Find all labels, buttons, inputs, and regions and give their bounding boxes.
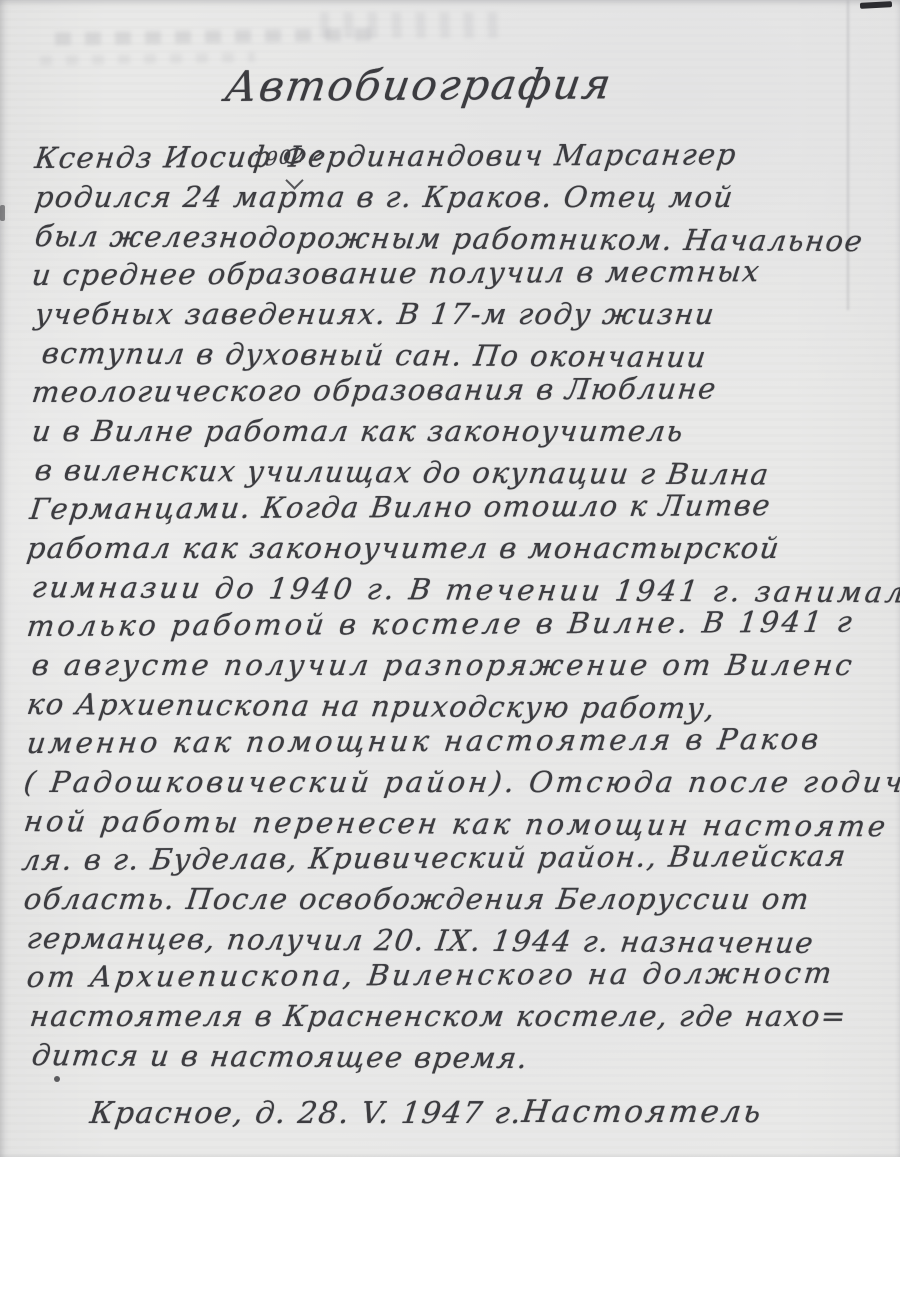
handwriting-line: ( Радошковический район). Отсюда после г…: [22, 765, 900, 799]
handwriting-line: и в Вилне работал как законоучитель: [30, 414, 686, 448]
scan-speck: [0, 205, 5, 221]
handwriting-line: германцев, получил 20. IX. 1944 г. назна…: [25, 921, 816, 960]
handwriting-line: дится и в настоящее время.: [30, 1038, 531, 1075]
paper-crease: [847, 0, 849, 310]
handwriting-line: учебных заведениях. В 17-м году жизни: [33, 297, 717, 331]
handwriting-line: был железнодорожным работником. Начально…: [33, 219, 866, 258]
handwriting-line: и среднее образование получил в местных: [30, 254, 762, 292]
signature-role: Настоятель: [520, 1094, 765, 1130]
handwriting-line: ной работы перенесен как помощин настоят…: [22, 804, 890, 843]
scanned-document-page: Автобиография 1902 г Ксендз Иосиф Фердин…: [0, 0, 900, 1300]
handwriting-line: родился 24 марта в г. Краков. Отец мой: [33, 180, 736, 214]
handwriting-line: ко Архиепископа на приходскую работу,: [25, 687, 718, 725]
scan-paper: Автобиография 1902 г Ксендз Иосиф Фердин…: [0, 0, 900, 1157]
handwriting-line: Ксендз Иосиф Фердинандович Марсангер: [33, 137, 739, 175]
handwriting-line: только работой в костеле в Вилне. В 1941…: [25, 605, 857, 643]
place-and-date: Красное, д. 28. V. 1947 г.: [88, 1096, 524, 1131]
bleedthrough-artifact: [320, 12, 510, 38]
handwriting-line: в августе получил разпоряжение от Виленс: [30, 648, 857, 682]
handwriting-line: теологического образования в Люблине: [30, 371, 719, 409]
handwriting-line: ля. в г. Буделав, Кривический район., Ви…: [20, 839, 849, 877]
handwriting-line: Германцами. Когда Вилно отошло к Литве: [28, 488, 773, 526]
handwriting-line: работал как законоучител в монастырской: [25, 531, 782, 565]
handwriting-line: настоятеля в Красненском костеле, где на…: [28, 999, 849, 1033]
handwriting-line: вступил в духовный сан. По окончании: [40, 336, 709, 374]
handwriting-line: от Архиепископа, Виленского на должност: [25, 956, 836, 994]
handwriting-line: в виленских училищах до окупации г Вилна: [33, 453, 772, 491]
handwriting-line: именно как помощник настоятеля в Раков: [25, 722, 823, 760]
scan-speck: [860, 1, 892, 9]
document-title: Автобиография: [222, 59, 616, 111]
bleedthrough-artifact: [40, 52, 255, 66]
ink-dot: [54, 1076, 60, 1082]
handwriting-line: область. После освобождения Белоруссии о…: [22, 882, 812, 916]
handwriting-line: гимназии до 1940 г. В течении 1941 г. за…: [30, 570, 900, 609]
